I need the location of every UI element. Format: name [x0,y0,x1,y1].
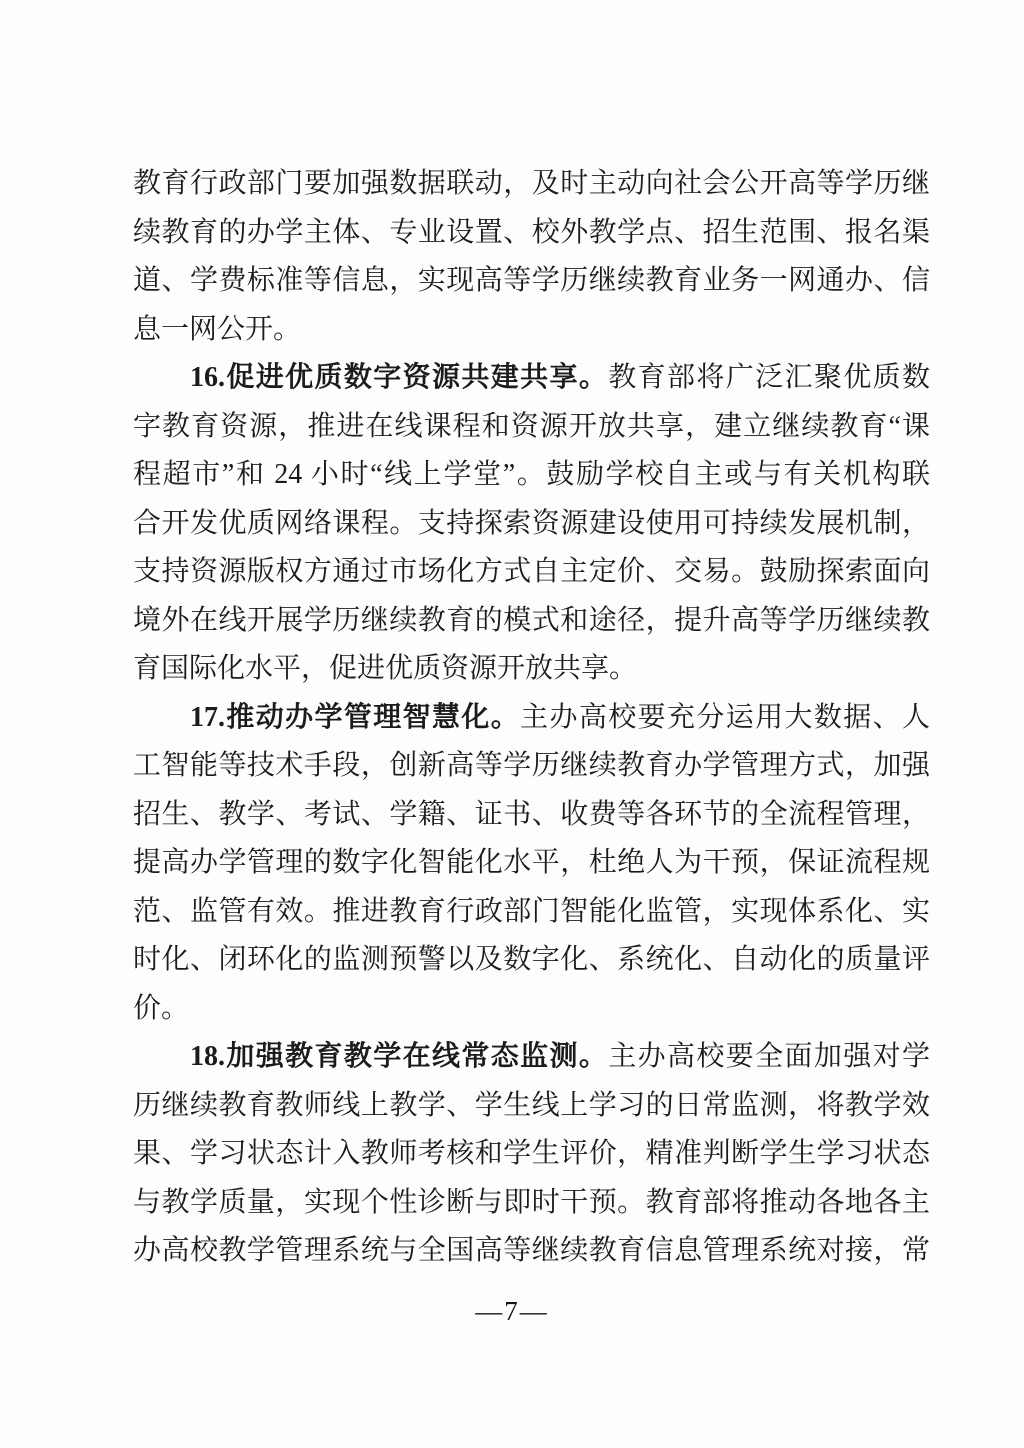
page-number: —7— [475,1296,549,1326]
text-line: 16.促进优质数字资源共建共享。教育部将广泛汇聚优质数 [133,354,930,403]
text-line: 教育行政部门要加强数据联动，及时主动向社会公开高等学历继 [133,160,930,209]
item-16-heading-line-rest: 教育部将广泛汇聚优质数 [608,362,930,393]
text-line: 境外在线开展学历继续教育的模式和途径，提升高等学历继续教 [133,597,930,646]
item-18-heading: 18.加强教育教学在线常态监测。 [190,1041,608,1072]
text-line: 价。 [133,985,930,1034]
text-line: 合开发优质网络课程。支持探索资源建设使用可持续发展机制， [133,500,930,549]
paragraph-continuation: 教育行政部门要加强数据联动，及时主动向社会公开高等学历继 续教育的办学主体、专业… [133,160,930,354]
text-line: 支持资源版权方通过市场化方式自主定价、交易。鼓励探索面向 [133,548,930,597]
text-line: 历继续教育教师线上教学、学生线上学习的日常监测，将教学效 [133,1082,930,1131]
paragraph-item-18: 18.加强教育教学在线常态监测。主办高校要全面加强对学 历继续教育教师线上教学、… [133,1033,930,1276]
page-footer: —7— [0,1296,1024,1327]
text-line: 办高校教学管理系统与全国高等继续教育信息管理系统对接，常 [133,1227,930,1276]
text-line: 与教学质量，实现个性诊断与即时干预。教育部将推动各地各主 [133,1179,930,1228]
text-line: 果、学习状态计入教师考核和学生评价，精准判断学生学习状态 [133,1130,930,1179]
text-line: 工智能等技术手段，创新高等学历继续教育办学管理方式，加强 [133,742,930,791]
item-17-heading: 17.推动办学管理智慧化。 [190,702,520,733]
document-body: 教育行政部门要加强数据联动，及时主动向社会公开高等学历继 续教育的办学主体、专业… [133,160,930,1276]
text-line: 提高办学管理的数字化智能化水平，杜绝人为干预，保证流程规 [133,839,930,888]
paragraph-item-17: 17.推动办学管理智慧化。主办高校要充分运用大数据、人 工智能等技术手段，创新高… [133,694,930,1034]
text-line: 17.推动办学管理智慧化。主办高校要充分运用大数据、人 [133,694,930,743]
text-line: 育国际化水平，促进优质资源开放共享。 [133,645,930,694]
text-line: 续教育的办学主体、专业设置、校外教学点、招生范围、报名渠 [133,209,930,258]
paragraph-item-16: 16.促进优质数字资源共建共享。教育部将广泛汇聚优质数 字教育资源，推进在线课程… [133,354,930,694]
text-line: 道、学费标准等信息，实现高等学历继续教育业务一网通办、信 [133,257,930,306]
item-17-heading-line-rest: 主办高校要充分运用大数据、人 [520,702,930,733]
item-16-heading: 16.促进优质数字资源共建共享。 [190,362,608,393]
text-line: 息一网公开。 [133,306,930,355]
document-page: 教育行政部门要加强数据联动，及时主动向社会公开高等学历继 续教育的办学主体、专业… [0,0,1024,1448]
item-18-heading-line-rest: 主办高校要全面加强对学 [608,1041,930,1072]
text-line: 字教育资源，推进在线课程和资源开放共享，建立继续教育“课 [133,403,930,452]
text-line: 时化、闭环化的监测预警以及数字化、系统化、自动化的质量评 [133,936,930,985]
text-line: 程超市”和 24 小时“线上学堂”。鼓励学校自主或与有关机构联 [133,451,930,500]
text-line: 招生、教学、考试、学籍、证书、收费等各环节的全流程管理， [133,791,930,840]
text-line: 18.加强教育教学在线常态监测。主办高校要全面加强对学 [133,1033,930,1082]
text-line: 范、监管有效。推进教育行政部门智能化监管，实现体系化、实 [133,888,930,937]
